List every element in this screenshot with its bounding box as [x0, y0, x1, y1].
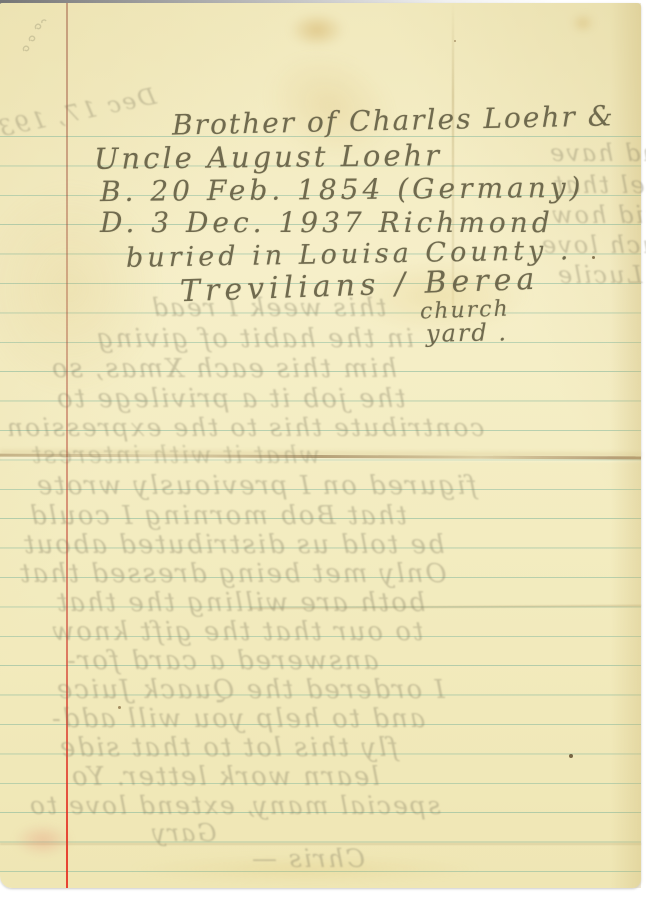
bleedthrough-line: Chris —: [250, 846, 365, 871]
bleedthrough-line: the job it a privilege to: [55, 386, 406, 412]
ink-speck: [454, 40, 456, 42]
handwriting-line: Brother of Charles Loehr &: [172, 102, 615, 139]
bleedthrough-line: fly this lot to that side: [58, 735, 398, 761]
bleedthrough-line: contribute this to the expression: [5, 415, 484, 440]
handwriting-line: D. 3 Dec. 1937 Richmond: [100, 209, 554, 237]
bleedthrough-line: Gary: [150, 821, 217, 845]
handwriting-line: B. 20 Feb. 1854 (Germany): [100, 174, 585, 206]
bleedthrough-line: both are willing the that: [55, 590, 426, 616]
handwriting-line: Uncle August Loehr: [94, 141, 442, 174]
handwriting-line: yard .: [426, 320, 508, 345]
bleedthrough-line: figured on I previously wrote: [35, 473, 477, 499]
bleedthrough-line: and have: [548, 141, 646, 165]
ink-speck: [569, 754, 573, 758]
bleedthrough-line: answered a card for-: [65, 648, 379, 674]
stain: [6, 819, 80, 861]
bleedthrough-line: I ordered the Quack Juice: [55, 677, 445, 703]
stain: [568, 11, 598, 35]
bleedthrough-line: that Bob morning I could: [28, 503, 407, 529]
bleedthrough-line: what it with interest: [30, 443, 320, 467]
bleedthrough-line: Lucile: [556, 263, 642, 287]
bleedthrough-line: be told us distributed about: [22, 532, 445, 558]
bleedthrough-line: said how: [550, 203, 646, 227]
bleedthrough-line: learn work letter. Yo: [70, 764, 380, 790]
bleedthrough-line: in the habit of giving: [95, 326, 414, 352]
pencil-scribble-icon: [18, 17, 52, 57]
bleedthrough-line: Only met being dressed that: [18, 561, 447, 587]
paper-edge-shading: [610, 3, 641, 888]
bleedthrough-line: to our that the gift know: [50, 619, 423, 645]
bleedthrough-line: him this each Xmas, so: [50, 356, 397, 382]
bleedthrough-line: and to help you will add-: [50, 706, 425, 732]
bleedthrough-line: special many, extend love to: [28, 793, 441, 818]
paper-sheet: Dec 17, 1937. and have feel that said ho…: [0, 3, 641, 888]
